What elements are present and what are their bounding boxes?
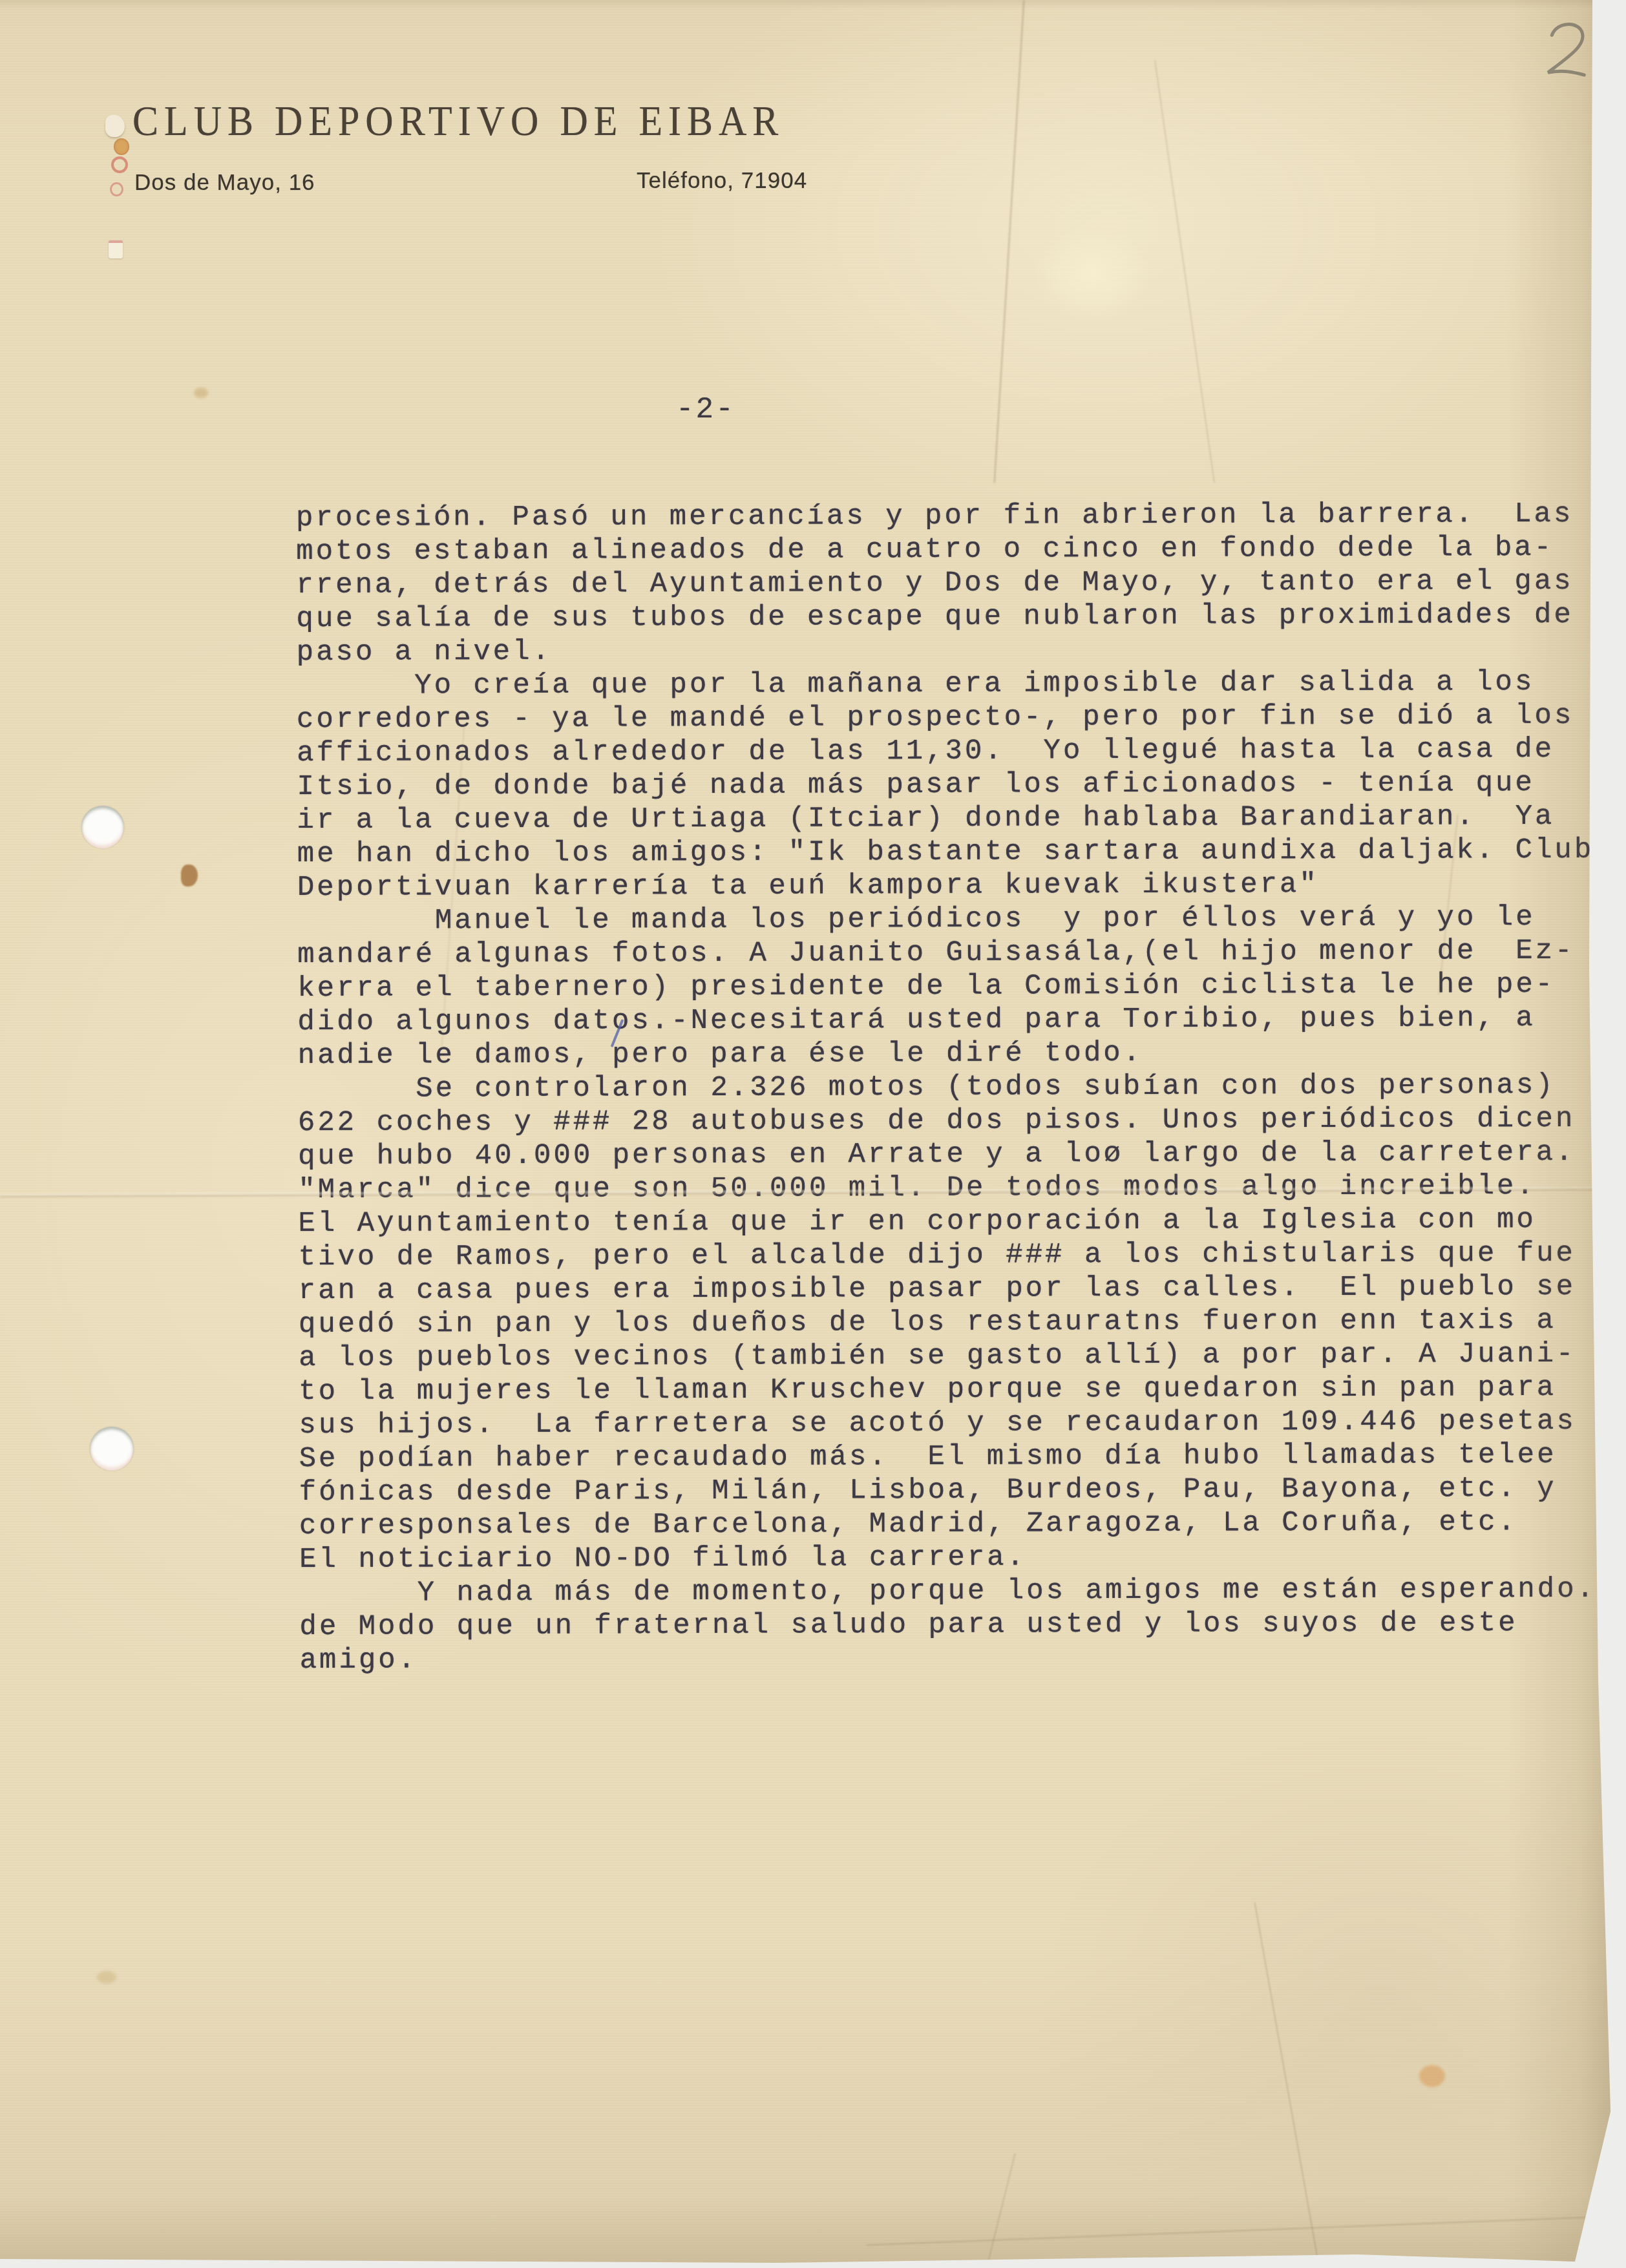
staple-residue [105, 115, 125, 137]
punch-hole [81, 806, 124, 848]
typed-line: to la mujeres le llaman Kruschev porque … [299, 1371, 1626, 1409]
crease-line [1154, 60, 1215, 483]
paper-edge-shadow [0, 0, 1626, 9]
typed-line: El noticiario NO-DO filmó la carrera. [299, 1539, 1626, 1577]
crease-line [866, 2217, 1589, 2246]
typed-line: motos estaban alineados de a cuatro o ci… [296, 531, 1626, 569]
typed-line: paso a nivel. [297, 632, 1626, 669]
staple-residue [109, 240, 123, 258]
paper-edge-shadow [0, 2194, 1626, 2265]
typed-line: ran a casa pues era imposible pasar por … [299, 1270, 1626, 1308]
letterhead-address: Dos de Mayo, 16 [134, 170, 315, 196]
punch-hole [90, 1427, 134, 1471]
stain [97, 1971, 116, 1984]
typed-line: que hubo 40.000 personas en Arrate y a l… [298, 1136, 1626, 1173]
typed-line: a los pueblos vecinos (también se gasto … [299, 1338, 1626, 1375]
typed-line: procesión. Pasó un mercancías y por fin … [296, 498, 1626, 535]
typed-line: Se controlaron 2.326 motos (todos subían… [298, 1069, 1626, 1106]
stain [1034, 226, 1150, 323]
letterhead-phone: Teléfono, 71904 [637, 168, 807, 194]
typed-line: amigo. [300, 1640, 1626, 1677]
typed-line: kerra el tabernero) presidente de la Com… [297, 968, 1626, 1005]
typed-line: Se podían haber recaudado más. El mismo … [299, 1438, 1626, 1476]
typed-line: dido algunos datos.-Necesitará usted par… [297, 1002, 1626, 1039]
scan-background: CLUB DEPORTIVO DE EIBAR Dos de Mayo, 16 … [0, 0, 1626, 2268]
typed-line: "Marca" dice que son 50.000 mil. De todo… [298, 1170, 1626, 1207]
crease-line [986, 2153, 1015, 2266]
crease-line [1254, 1902, 1320, 2265]
typed-line: Manuel le manda los periódicos y por éll… [297, 901, 1626, 938]
typed-line: 622 coches y ### 28 autobuses de dos pis… [298, 1102, 1626, 1140]
typed-line: tivo de Ramos, pero el alcalde dijo ### … [299, 1237, 1626, 1274]
letter-page: CLUB DEPORTIVO DE EIBAR Dos de Mayo, 16 … [0, 0, 1626, 2268]
typed-line: Deportivuan karrería ta euń kampora kuev… [297, 867, 1626, 905]
typed-line: nadie le damos, pero para ése le diré to… [298, 1035, 1626, 1073]
letter-body: procesión. Pasó un mercancías y por fin … [296, 498, 1626, 1677]
typed-line: Itsio, de donde bajé nada más pasar los … [297, 766, 1626, 804]
typed-line: Y nada más de momento, porque los amigos… [299, 1573, 1626, 1610]
typed-line: corredores - ya le mandé el prospecto-, … [297, 699, 1626, 737]
crease-line [993, 1, 1025, 483]
page-number: -2- [676, 393, 735, 426]
typed-line: sus hijos. La farretera se acotó y se re… [299, 1405, 1626, 1442]
stain [181, 865, 198, 887]
letterhead-club-name: CLUB DEPORTIVO DE EIBAR [132, 97, 784, 146]
typed-line: El Ayuntamiento tenía que ir en corporac… [298, 1203, 1626, 1241]
typed-line: mandaré algunas fotos. A Juanito Guisasá… [297, 934, 1626, 972]
stain [1419, 2065, 1445, 2087]
staple-residue [111, 156, 128, 173]
typed-line: rrena, detrás del Ayuntamiento y Dos de … [296, 565, 1626, 602]
typed-line: me han dicho los amigos: "Ik bastante sa… [297, 834, 1626, 871]
typed-line: quedó sin pan y los dueños de los restau… [299, 1304, 1626, 1341]
typed-line: que salía de sus tubos de escape que nub… [296, 598, 1626, 636]
typed-line: ir a la cueva de Urtiaga (Itciar) donde … [297, 800, 1626, 837]
typed-line: afficionados alrededor de las 11,30. Yo … [297, 733, 1626, 770]
typed-line: corresponsales de Barcelona, Madrid, Zar… [299, 1506, 1626, 1543]
staple-residue [114, 138, 129, 155]
stain [194, 388, 208, 398]
typed-line: fónicas desde Paris, Milán, Lisboa, Burd… [299, 1472, 1626, 1509]
typed-line: Yo creía que por la mañana era imposible… [297, 666, 1626, 703]
staple-residue [110, 182, 123, 196]
handwritten-page-number [1535, 15, 1600, 89]
typed-line: de Modo que un fraternal saludo para ust… [299, 1606, 1626, 1644]
